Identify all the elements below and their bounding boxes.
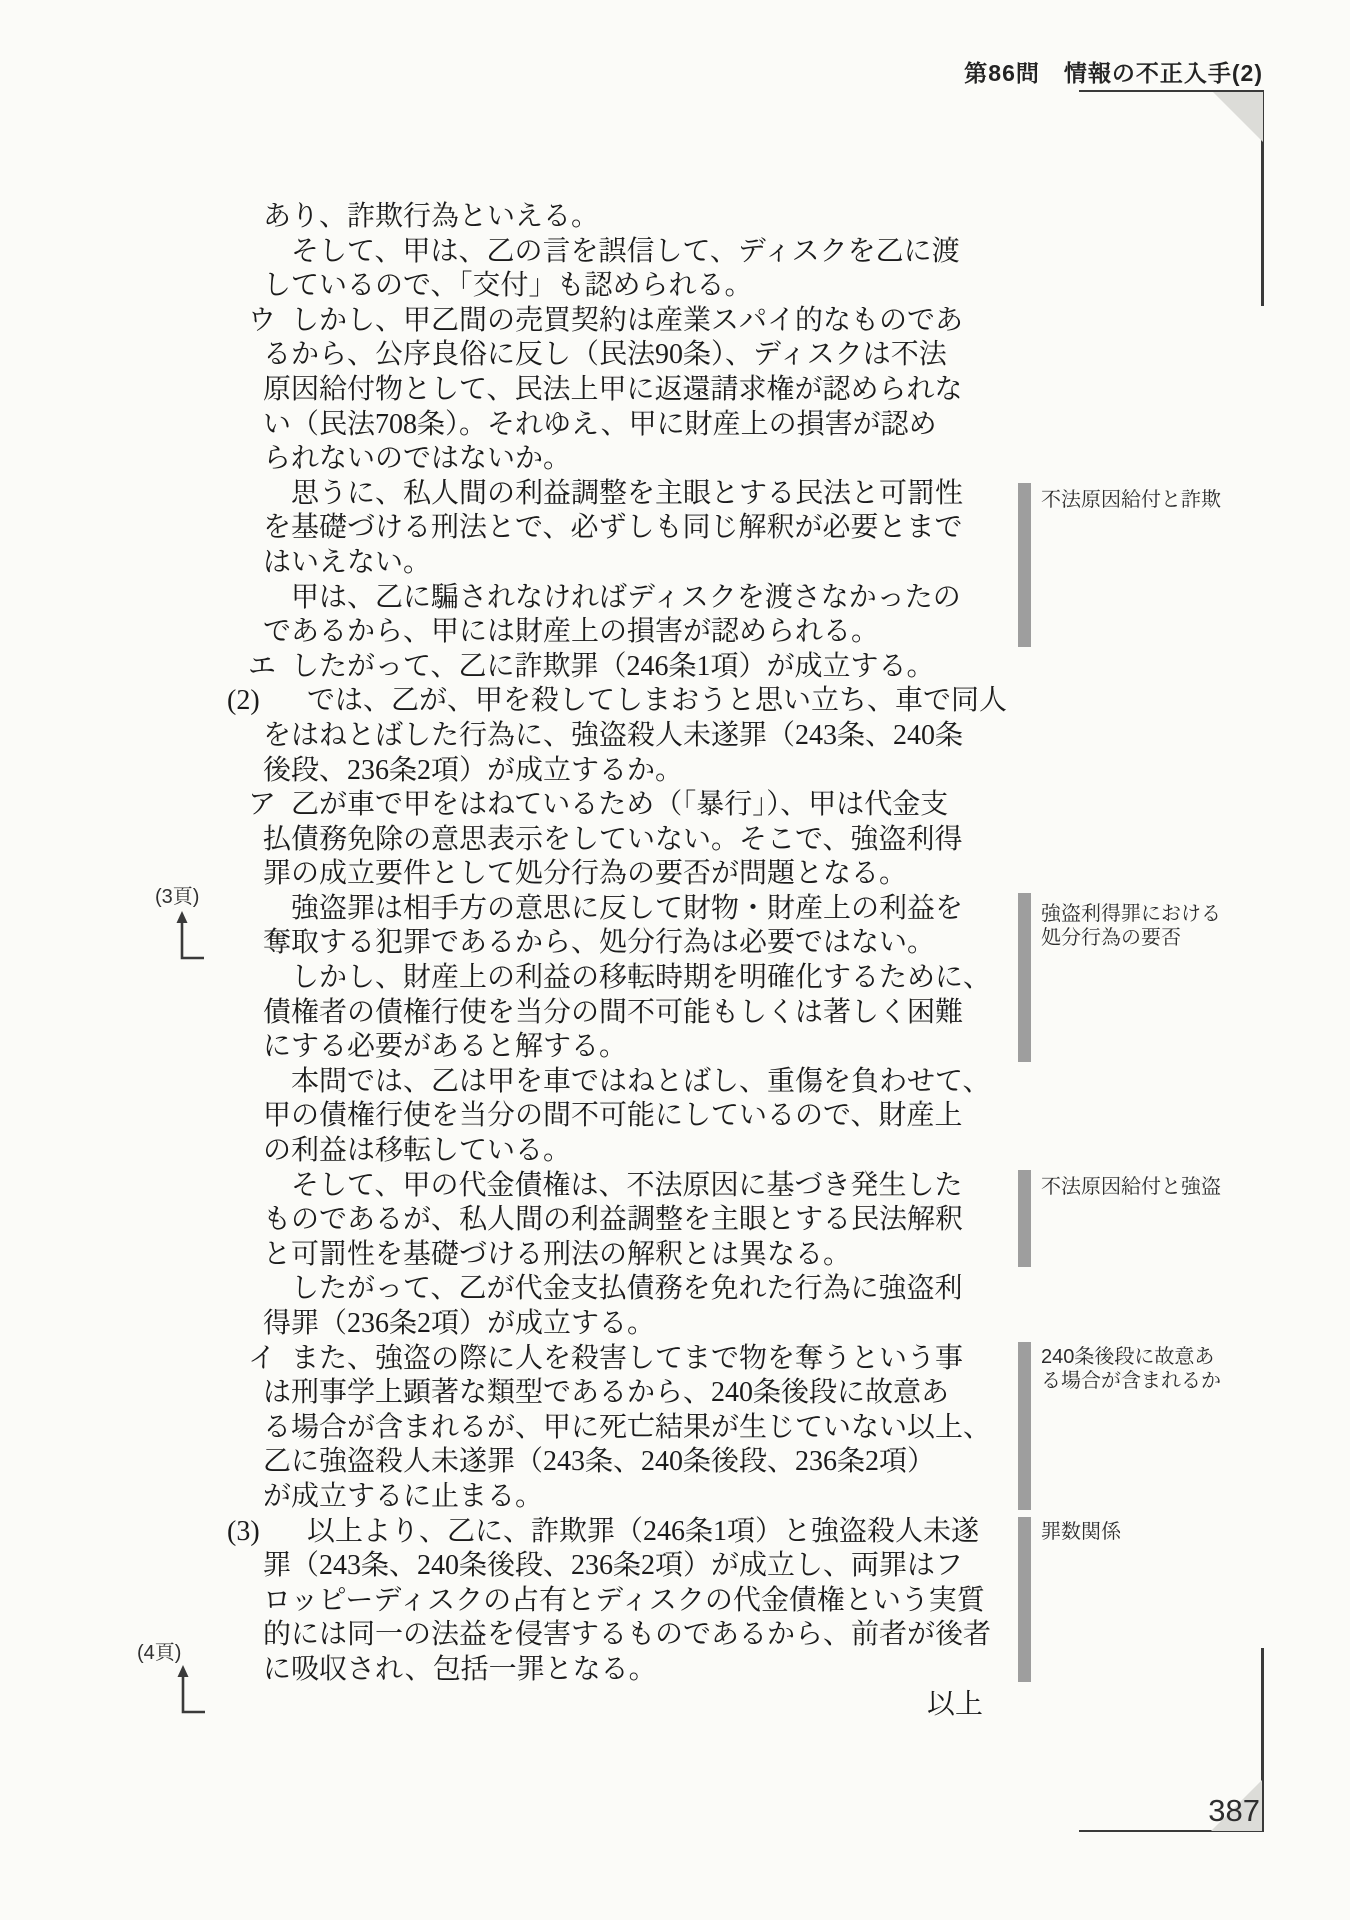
body-line: 乙に強盗殺人未遂罪（243条、240条後段、236条2項） [263, 1445, 983, 1480]
margin-note-line: 不法原因給付と強盗 [1041, 1176, 1221, 1200]
body-line-text: 以上 [927, 1689, 983, 1720]
body-line-text: そして、甲の代金債権は、不法原因に基づき発生した [291, 1170, 962, 1201]
body-line: 甲の債権行使を当分の間不可能にしているので、財産上 [263, 1099, 983, 1134]
body-line: しかし、財産上の利益の移転時期を明確化するために、 [291, 961, 983, 996]
body-line-text: られないのではないか。 [263, 443, 571, 474]
body-line: 後段、236条2項）が成立するか。 [263, 754, 983, 789]
body-line: エしたがって、乙に詐欺罪（246条1項）が成立する。 [248, 650, 983, 685]
body-line: ものであるが、私人間の利益調整を主眼とする民法解釈 [263, 1203, 983, 1238]
page-title: 第86問 情報の不正入手(2) [964, 55, 1263, 88]
body-line-text: る場合が含まれるが、甲に死亡結果が生じていない以上、 [263, 1412, 991, 1443]
body-line-text: 本問では、乙は甲を車ではねとばし、重傷を負わせて、 [291, 1066, 990, 1097]
body-line: (2)では、乙が、甲を殺してしまおうと思い立ち、車で同人 [227, 684, 983, 719]
page-marker-label: (4頁) [137, 1636, 181, 1665]
body-line-text: しているので、「交付」も認められる。 [263, 270, 752, 301]
body-line: 罪（243条、240条後段、236条2項）が成立し、両罪はフ [263, 1549, 983, 1584]
margin-note-bar [1018, 483, 1031, 647]
body-line: 甲は、乙に騙されなければディスクを渡さなかったの [291, 581, 983, 616]
body-line-text: 以上より、乙に、詐欺罪（246条1項）と強盗殺人未遂 [307, 1516, 979, 1547]
up-arrow-icon [176, 911, 206, 961]
body-line: と可罰性を基礎づける刑法の解釈とは異なる。 [263, 1238, 983, 1273]
body-line: そして、甲は、乙の言を誤信して、ディスクを乙に渡 [291, 235, 983, 270]
body-line-text: が成立するに止まる。 [263, 1481, 543, 1512]
body-line-text: 債権者の債権行使を当分の間不可能もしくは著しく困難 [263, 997, 963, 1028]
body-line: であるから、甲には財産上の損害が認められる。 [263, 615, 983, 650]
margin-note: 強盗利得罪における処分行為の要否 [1041, 903, 1221, 950]
body-line: は刑事学上顕著な類型であるから、240条後段に故意あ [263, 1376, 983, 1411]
body-line-text: そして、甲は、乙の言を誤信して、ディスクを乙に渡 [291, 236, 960, 267]
margin-note-bar [1018, 1342, 1031, 1510]
body-line: (3)以上より、乙に、詐欺罪（246条1項）と強盗殺人未遂 [227, 1515, 983, 1550]
body-line-text: の利益は移転している。 [263, 1135, 571, 1166]
body-line: 強盗罪は相手方の意思に反して財物・財産上の利益を [291, 892, 983, 927]
body-line-text: 払債務免除の意思表示をしていない。そこで、強盗利得 [263, 824, 962, 855]
body-line: 奪取する犯罪であるから、処分行為は必要ではない。 [263, 926, 983, 961]
body-line: ウしかし、甲乙間の売買契約は産業スパイ的なものであ [248, 304, 983, 339]
header-underline [1079, 90, 1264, 92]
body-line-text: 後段、236条2項）が成立するか。 [263, 755, 683, 786]
list-marker: (2) [227, 684, 307, 719]
body-line-text: ものであるが、私人間の利益調整を主眼とする民法解釈 [263, 1204, 963, 1235]
up-arrow-icon [177, 1665, 207, 1715]
margin-note: 不法原因給付と詐欺 [1041, 489, 1221, 513]
body-line: にする必要があると解する。 [263, 1030, 983, 1065]
body-line: しているので、「交付」も認められる。 [263, 269, 983, 304]
body-line: そして、甲の代金債権は、不法原因に基づき発生した [291, 1169, 983, 1204]
body-line: 本問では、乙は甲を車ではねとばし、重傷を負わせて、 [291, 1065, 983, 1100]
list-marker: (3) [227, 1515, 307, 1550]
body-line: 以上 [263, 1688, 983, 1723]
body-line: 的には同一の法益を侵害するものであるから、前者が後者 [263, 1618, 983, 1653]
page: 第86問 情報の不正入手(2) あり、詐欺行為といえる。そして、甲は、乙の言を誤… [0, 0, 1350, 1920]
body-line-text: 乙が車で甲をはねているため（「暴行」）、甲は代金支 [291, 789, 948, 820]
body-line: ア乙が車で甲をはねているため（「暴行」）、甲は代金支 [248, 788, 983, 823]
body-line-text: 的には同一の法益を侵害するものであるから、前者が後者 [263, 1619, 991, 1650]
margin-note: 240条後段に故意ある場合が含まれるか [1041, 1346, 1221, 1393]
page-number: 387 [1208, 1793, 1260, 1829]
margin-note-line: 強盗利得罪における [1041, 903, 1221, 927]
body-line: イまた、強盗の際に人を殺害してまで物を奪うという事 [248, 1342, 983, 1377]
body-line-text: い（民法708条）。それゆえ、甲に財産上の損害が認め [263, 409, 937, 440]
body-line: るから、公序良俗に反し（民法90条）、ディスクは不法 [263, 338, 983, 373]
body-line-text: であるから、甲には財産上の損害が認められる。 [263, 616, 879, 647]
body-line: 思うに、私人間の利益調整を主眼とする民法と可罰性 [291, 477, 983, 512]
body-line: ロッピーディスクの占有とディスクの代金債権という実質 [263, 1584, 983, 1619]
body-line-text: と可罰性を基礎づける刑法の解釈とは異なる。 [263, 1239, 851, 1270]
body-line-text: を基礎づける刑法とで、必ずしも同じ解釈が必要とまで [263, 512, 962, 543]
body-line: はいえない。 [263, 546, 983, 581]
body-line-text: 乙に強盗殺人未遂罪（243条、240条後段、236条2項） [263, 1446, 935, 1477]
margin-note-bar [1018, 1517, 1031, 1682]
margin-note-bar [1018, 1170, 1031, 1267]
body-line-text: ロッピーディスクの占有とディスクの代金債権という実質 [263, 1585, 985, 1616]
margin-note-line: る場合が含まれるか [1041, 1370, 1221, 1394]
body-line: 債権者の債権行使を当分の間不可能もしくは著しく困難 [263, 996, 983, 1031]
list-marker: ウ [248, 304, 291, 339]
corner-triangle-top [1213, 92, 1263, 142]
body-line: を基礎づける刑法とで、必ずしも同じ解釈が必要とまで [263, 511, 983, 546]
body-line-text: しかし、甲乙間の売買契約は産業スパイ的なものであ [291, 305, 963, 336]
body-line-text: 原因給付物として、民法上甲に返還請求権が認められな [263, 374, 962, 405]
body-line-text: したがって、乙が代金支払債務を免れた行為に強盗利 [291, 1273, 962, 1304]
body-text: あり、詐欺行為といえる。そして、甲は、乙の言を誤信して、ディスクを乙に渡している… [263, 200, 983, 1722]
list-marker: イ [248, 1342, 291, 1377]
body-line-text: 甲の債権行使を当分の間不可能にしているので、財産上 [263, 1100, 962, 1131]
body-line: い（民法708条）。それゆえ、甲に財産上の損害が認め [263, 408, 983, 443]
body-line: したがって、乙が代金支払債務を免れた行為に強盗利 [291, 1272, 983, 1307]
body-line-text: 奪取する犯罪であるから、処分行為は必要ではない。 [263, 927, 935, 958]
body-line-text: したがって、乙に詐欺罪（246条1項）が成立する。 [291, 651, 934, 682]
body-line-text: 思うに、私人間の利益調整を主眼とする民法と可罰性 [291, 478, 963, 509]
body-line-text: 罪の成立要件として処分行為の要否が問題となる。 [263, 858, 907, 889]
body-line-text: 甲は、乙に騙されなければディスクを渡さなかったの [291, 582, 961, 613]
body-line-text: に吸収され、包括一罪となる。 [263, 1654, 657, 1685]
body-line: の利益は移転している。 [263, 1134, 983, 1169]
body-line: に吸収され、包括一罪となる。 [263, 1653, 983, 1688]
margin-note-line: 240条後段に故意あ [1041, 1346, 1221, 1370]
body-line-text: にする必要があると解する。 [263, 1031, 627, 1062]
body-line-text: しかし、財産上の利益の移転時期を明確化するために、 [291, 962, 991, 993]
body-line-text: 得罪（236条2項）が成立する。 [263, 1308, 655, 1339]
body-line: る場合が含まれるが、甲に死亡結果が生じていない以上、 [263, 1411, 983, 1446]
body-line-text: 強盗罪は相手方の意思に反して財物・財産上の利益を [291, 893, 963, 924]
body-line: が成立するに止まる。 [263, 1480, 983, 1515]
body-line: 払債務免除の意思表示をしていない。そこで、強盗利得 [263, 823, 983, 858]
body-line: をはねとばした行為に、強盗殺人未遂罪（243条、240条 [263, 719, 983, 754]
body-line-text: 罪（243条、240条後段、236条2項）が成立し、両罪はフ [263, 1550, 963, 1581]
body-line-text: をはねとばした行為に、強盗殺人未遂罪（243条、240条 [263, 720, 963, 751]
body-line-text: また、強盗の際に人を殺害してまで物を奪うという事 [291, 1343, 963, 1374]
body-line-text: あり、詐欺行為といえる。 [263, 201, 599, 232]
body-line-text: るから、公序良俗に反し（民法90条）、ディスクは不法 [263, 339, 947, 370]
body-line-text: は刑事学上顕著な類型であるから、240条後段に故意あ [263, 1377, 949, 1408]
margin-note-line: 罪数関係 [1041, 1521, 1121, 1545]
page-marker-label: (3頁) [155, 880, 199, 909]
margin-note-line: 処分行為の要否 [1041, 927, 1221, 951]
body-line: られないのではないか。 [263, 442, 983, 477]
body-line-text: では、乙が、甲を殺してしまおうと思い立ち、車で同人 [307, 685, 1007, 716]
margin-note-bar [1018, 893, 1031, 1062]
body-line-text: はいえない。 [263, 547, 431, 578]
margin-note-line: 不法原因給付と詐欺 [1041, 489, 1221, 513]
margin-note: 罪数関係 [1041, 1521, 1121, 1545]
margin-note: 不法原因給付と強盗 [1041, 1176, 1221, 1200]
list-marker: エ [248, 650, 291, 685]
body-line: 原因給付物として、民法上甲に返還請求権が認められな [263, 373, 983, 408]
body-line: 罪の成立要件として処分行為の要否が問題となる。 [263, 857, 983, 892]
list-marker: ア [248, 788, 291, 823]
body-line: あり、詐欺行為といえる。 [263, 200, 983, 235]
body-line: 得罪（236条2項）が成立する。 [263, 1307, 983, 1342]
